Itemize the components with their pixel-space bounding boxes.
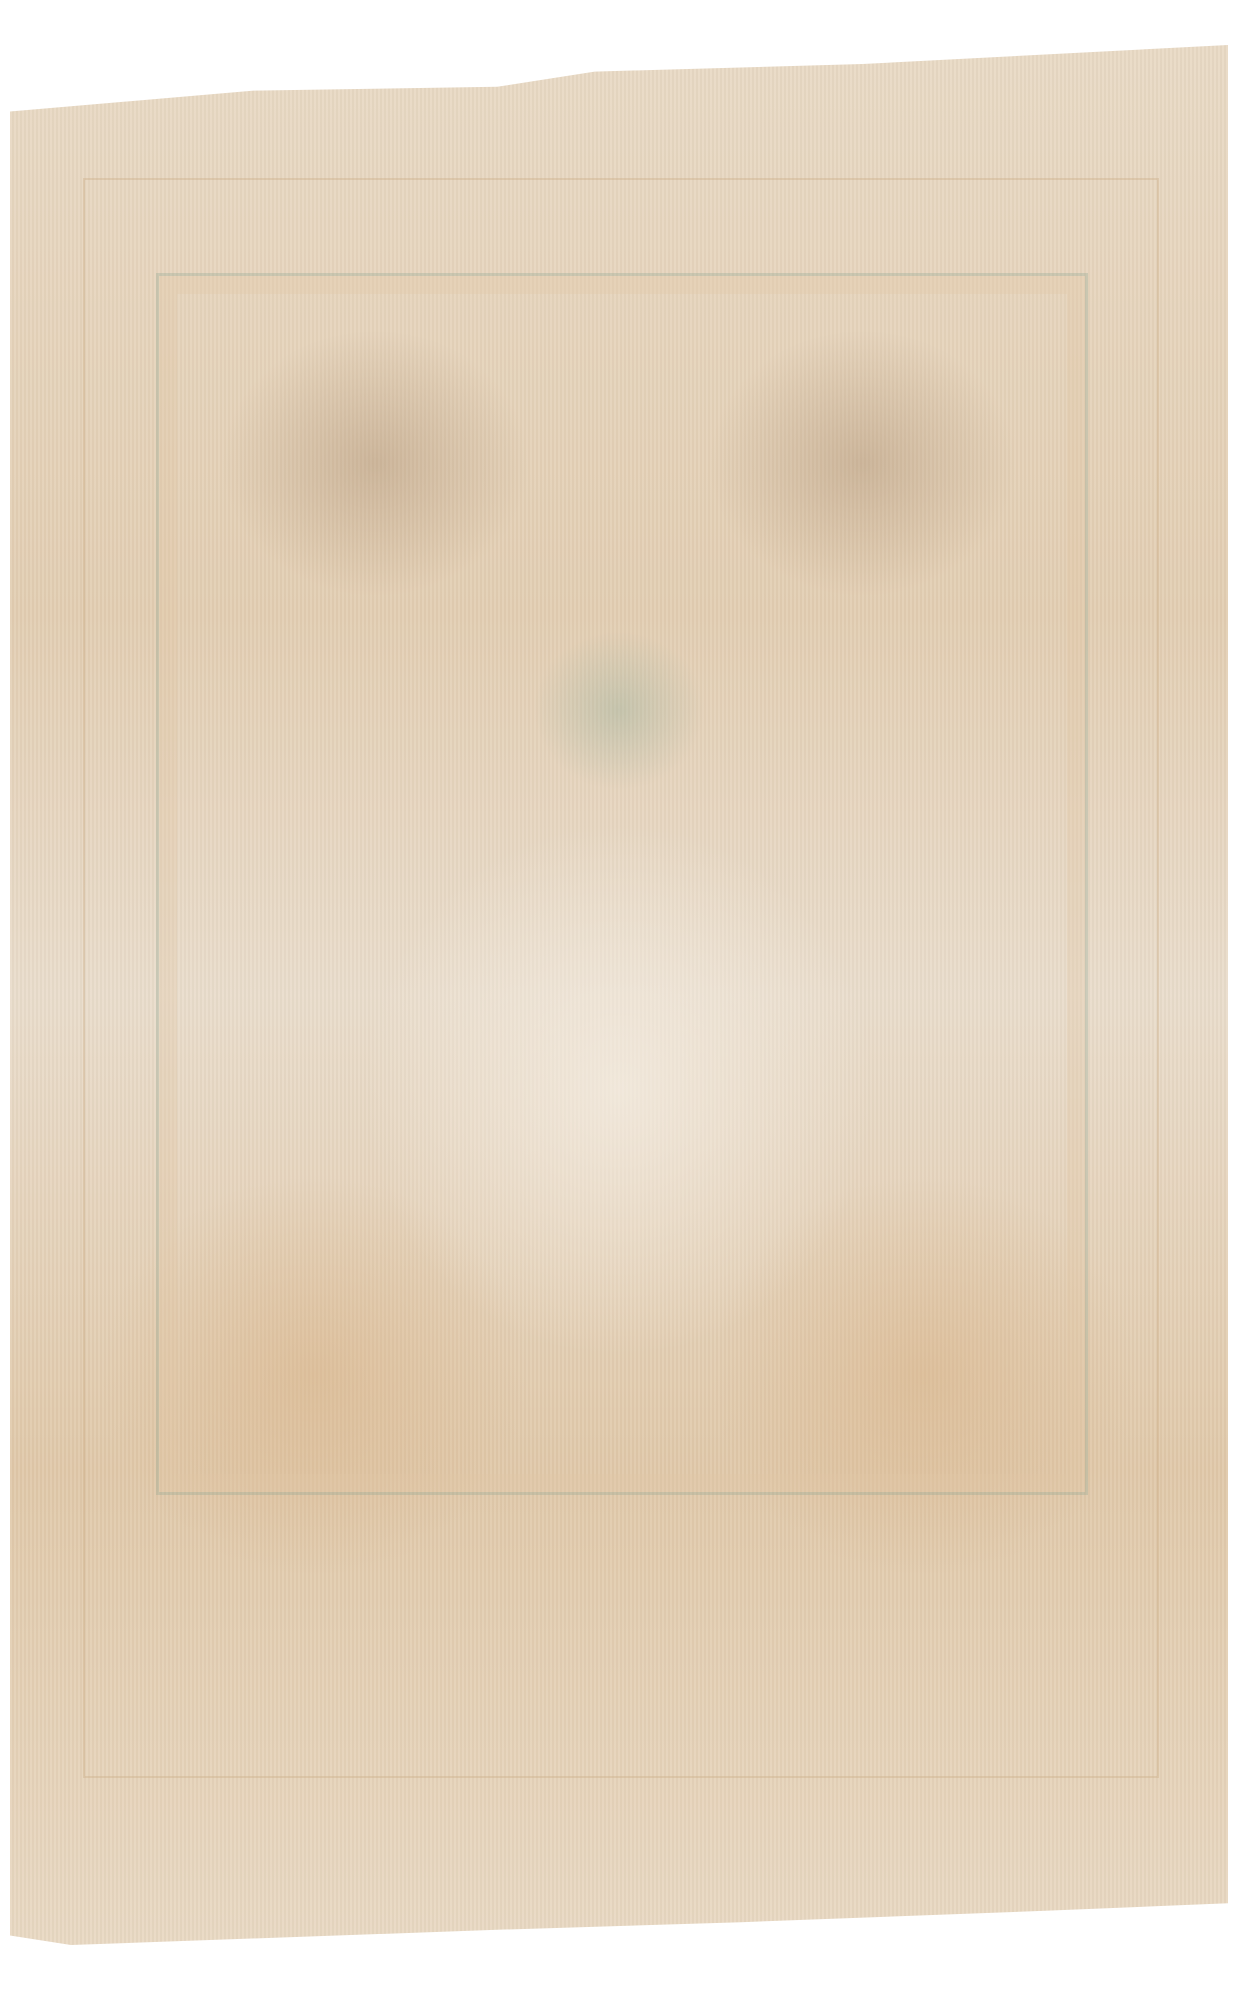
rug-inner-field-border [156,273,1088,1495]
rug-photo [10,45,1228,1945]
